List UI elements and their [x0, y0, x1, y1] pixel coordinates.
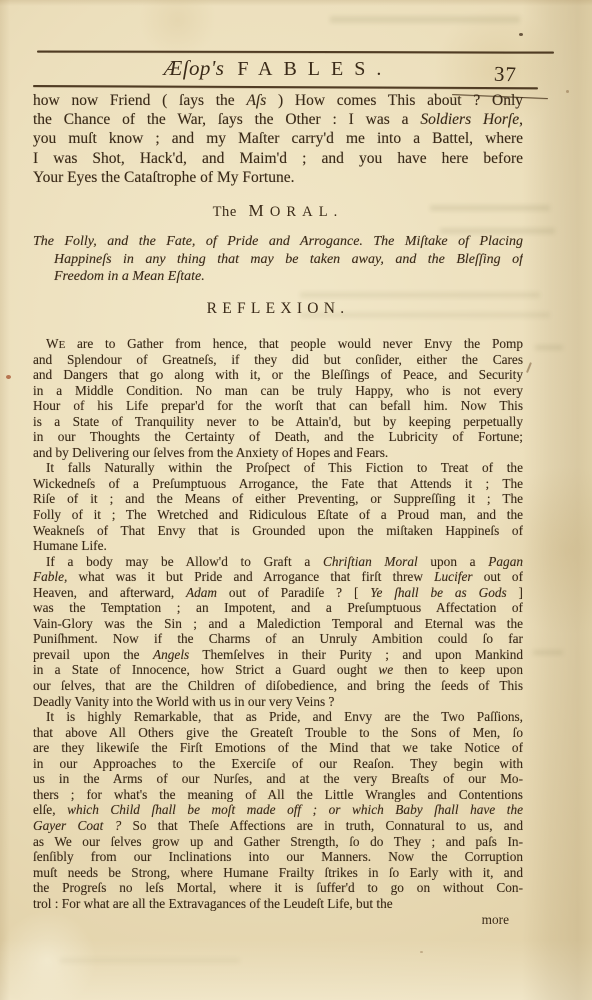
text-line: Deadly Vanity into the World with us in …: [33, 694, 523, 710]
text-line: thers ; for what's the meaning of All th…: [33, 787, 523, 803]
text-line: is a State of Tranquility never to be At…: [33, 414, 523, 430]
text-line: The Folly, and the Fate, of Pride and Ar…: [33, 233, 523, 251]
text-segment: Angels: [153, 647, 189, 662]
text-segment: Riſe of it ; and the Means of either Pre…: [33, 491, 523, 506]
running-title: Æſop's FABLES. 37: [33, 56, 523, 86]
catchword: more: [33, 912, 523, 928]
text-segment: The Folly, and the Fate, of Pride and Ar…: [33, 234, 523, 249]
text-segment: was the Temptation ; an Impotent, and a …: [33, 600, 523, 615]
text-segment: ,: [519, 111, 523, 128]
text-segment: It falls Naturally within the Proſpect o…: [46, 460, 523, 475]
text-segment: which Child ſhall be moſt made off ; or …: [67, 802, 523, 817]
text-segment: then to keep upon: [393, 662, 523, 677]
text-line: in our Thoughts the Certainty of Death, …: [33, 429, 523, 445]
text-segment: trol : For what are all the Extravagance…: [33, 896, 393, 911]
text-line: Vain-Glory was the Sin ; and a Maledicti…: [33, 616, 523, 632]
text-line: in our Approaches to the Exerciſe of our…: [33, 756, 523, 772]
text-segment: Freedom in a Mean Eſtate.: [54, 269, 205, 284]
text-segment: Aſs: [246, 92, 266, 109]
text-segment: Themſelves in their Purity ; and upon Ma…: [189, 647, 523, 662]
text-segment: what was it but Pride and Arrogance that…: [67, 569, 434, 584]
text-segment: as We our ſelves grow up and Gather Stre…: [33, 834, 523, 849]
text-line: It is highly Remarkable, that as Pride, …: [33, 709, 523, 725]
text-line: muſt needs be Strong, where Humane Frail…: [33, 865, 523, 881]
text-segment: in a Middle Condition. No man can be tru…: [33, 383, 523, 398]
ghost-showthrough: [535, 345, 563, 350]
header-rule-top: [37, 50, 554, 53]
text-segment: Puniſhment. Now if the Charms of an Unru…: [33, 631, 523, 646]
paper-speck: [420, 951, 423, 953]
ghost-showthrough: [60, 958, 240, 963]
text-segment: upon a: [418, 554, 489, 569]
text-segment: Pagan: [488, 554, 523, 569]
text-line: Hour of his Life prepar'd for the worſt …: [33, 398, 523, 414]
text-line: us in the Arms of our Nurſes, and at the…: [33, 771, 523, 787]
book-title-italic: Æſop's: [164, 56, 225, 81]
text-segment: ) How comes This about ? Only: [266, 92, 523, 109]
text-segment: ]: [507, 585, 523, 600]
text-segment: and by Delivering our ſelves from the An…: [33, 445, 388, 460]
text-segment: Chriſtian Moral: [323, 554, 418, 569]
text-line: and by Delivering our ſelves from the An…: [33, 445, 523, 461]
reflexion-heading-caps: REFLEXION.: [207, 300, 350, 318]
page-number: 37: [494, 62, 518, 88]
red-dot-mark: [6, 375, 11, 379]
text-segment: we: [378, 662, 393, 677]
paper-speck: [566, 90, 569, 93]
text-line: ſenſibly from our Inclinations into our …: [33, 849, 523, 865]
reflexion-text: WE are to Gather from hence, that people…: [33, 336, 523, 911]
text-line: our ſelves, that are the Children of diſ…: [33, 678, 523, 694]
text-segment: are they likewiſe the Firſt Emotions of …: [33, 740, 523, 755]
text-line: WE are to Gather from hence, that people…: [33, 336, 523, 352]
text-segment: and Dangers that go along with it, or th…: [33, 367, 523, 382]
text-segment: It is highly Remarkable, that as Pride, …: [46, 709, 523, 724]
text-line: Gayer Coat ? So that Theſe Affections ar…: [33, 818, 523, 834]
text-line: you muſt know ; and my Maſter carry'd me…: [33, 129, 523, 148]
text-segment: muſt needs be Strong, where Humane Frail…: [33, 865, 523, 880]
text-segment: Your Eyes the Cataſtrophe of My Fortune.: [33, 169, 294, 186]
text-segment: ſenſibly from our Inclinations into our …: [33, 849, 523, 864]
text-segment: Happineſs in any thing that may be taken…: [54, 252, 523, 267]
text-segment: how now Friend ( ſays the: [33, 92, 246, 109]
text-segment: the Chance of the War, ſays the Other : …: [33, 111, 420, 128]
text-segment: W: [46, 336, 59, 351]
margin-slash-mark: [526, 362, 532, 373]
text-line: It falls Naturally within the Proſpect o…: [33, 460, 523, 476]
text-line: Happineſs in any thing that may be taken…: [33, 251, 523, 269]
ink-spot-mark: [519, 33, 523, 36]
text-line: Riſe of it ; and the Means of either Pre…: [33, 491, 523, 507]
text-line: Your Eyes the Cataſtrophe of My Fortune.: [33, 168, 523, 187]
text-segment: is a State of Tranquility never to be At…: [33, 414, 523, 429]
text-line: Humane Life.: [33, 538, 523, 554]
text-segment: the Progreſs no leſs Mortal, where it is…: [33, 880, 523, 895]
text-segment: in our Thoughts the Certainty of Death, …: [33, 429, 523, 444]
text-line: that above All Others give the Greateſt …: [33, 725, 523, 741]
text-segment: and Splendour of Greatneſs, if they did …: [33, 352, 523, 367]
text-segment: you muſt know ; and my Maſter carry'd me…: [33, 130, 523, 147]
text-line: Heaven, and afterward, Adam out of Parad…: [33, 585, 523, 601]
text-segment: Heaven, and afterward,: [33, 585, 186, 600]
reflexion-heading: REFLEXION.: [33, 300, 523, 318]
moral-heading-the: The: [213, 204, 237, 220]
ghost-showthrough: [330, 16, 520, 23]
text-segment: Soldiers Horſe: [420, 111, 519, 128]
text-line: Weakneſs of That Envy that is Grounded u…: [33, 523, 523, 539]
text-line: Wickedneſs of a Preſumptuous Arrogance, …: [33, 476, 523, 492]
text-line: in a Middle Condition. No man can be tru…: [33, 383, 523, 399]
text-line: Fable, what was it but Pride and Arrogan…: [33, 569, 523, 585]
text-line: and Dangers that go along with it, or th…: [33, 367, 523, 383]
text-segment: Fable,: [33, 569, 67, 584]
text-segment: that above All Others give the Greateſt …: [33, 725, 523, 740]
text-line: as We our ſelves grow up and Gather Stre…: [33, 834, 523, 850]
text-segment: in our Approaches to the Exerciſe of our…: [33, 756, 523, 771]
text-segment: Gayer Coat ?: [33, 818, 121, 833]
text-segment: prevail upon the: [33, 647, 153, 662]
text-line: and Splendour of Greatneſs, if they did …: [33, 352, 523, 368]
text-segment: Lucifer: [434, 569, 472, 584]
text-segment: Folly of it ; The Wretched and Ridiculou…: [33, 507, 523, 522]
book-title-caps: FABLES.: [237, 58, 392, 81]
text-segment: out of: [473, 569, 523, 584]
moral-heading-caps: MORAL.: [249, 201, 344, 221]
text-segment: If a body may be Allow'd to Graft a: [46, 554, 323, 569]
text-segment: Deadly Vanity into the World with us in …: [33, 694, 334, 709]
text-line: the Chance of the War, ſays the Other : …: [33, 110, 523, 129]
text-segment: Vain-Glory was the Sin ; and a Maledicti…: [33, 616, 523, 631]
text-segment: out of Paradiſe ? [: [217, 585, 370, 600]
text-line: Puniſhment. Now if the Charms of an Unru…: [33, 631, 523, 647]
text-line: Freedom in a Mean Eſtate.: [33, 268, 523, 286]
text-line: If a body may be Allow'd to Graft a Chri…: [33, 554, 523, 570]
text-line: the Progreſs no leſs Mortal, where it is…: [33, 880, 523, 896]
text-segment: I was Shot, Hack'd, and Maim'd ; and you…: [33, 150, 523, 167]
text-line: Folly of it ; The Wretched and Ridiculou…: [33, 507, 523, 523]
ghost-showthrough: [300, 292, 540, 298]
text-segment: us in the Arms of our Nurſes, and at the…: [33, 771, 523, 786]
text-line: trol : For what are all the Extravagance…: [33, 896, 523, 912]
fable-text: how now Friend ( ſays the Aſs ) How come…: [33, 91, 523, 187]
text-segment: our ſelves, that are the Children of diſ…: [33, 678, 523, 693]
text-segment: Hour of his Life prepar'd for the worſt …: [33, 398, 523, 413]
text-segment: So that Theſe Affections are in truth, C…: [121, 818, 523, 833]
text-line: how now Friend ( ſays the Aſs ) How come…: [33, 91, 523, 110]
text-line: elſe, which Child ſhall be moſt made off…: [33, 802, 523, 818]
text-segment: are to Gather from hence, that people wo…: [65, 336, 523, 351]
text-segment: thers ; for what's the meaning of All th…: [33, 787, 523, 802]
text-segment: in a State of Innocence, how Strict a Gu…: [33, 662, 378, 677]
moral-text: The Folly, and the Fate, of Pride and Ar…: [33, 233, 523, 286]
text-line: was the Temptation ; an Impotent, and a …: [33, 600, 523, 616]
book-page-scan: Æſop's FABLES. 37 how now Friend ( ſays …: [0, 0, 592, 1000]
moral-heading: The MORAL.: [33, 201, 523, 221]
text-segment: Ye ſhall be as Gods: [370, 585, 506, 600]
text-line: in a State of Innocence, how Strict a Gu…: [33, 662, 523, 678]
text-line: prevail upon the Angels Themſelves in th…: [33, 647, 523, 663]
text-segment: Weakneſs of That Envy that is Grounded u…: [33, 523, 523, 538]
text-segment: elſe,: [33, 802, 67, 817]
text-line: I was Shot, Hack'd, and Maim'd ; and you…: [33, 149, 523, 168]
text-segment: Humane Life.: [33, 538, 107, 553]
text-line: are they likewiſe the Firſt Emotions of …: [33, 740, 523, 756]
text-segment: Adam: [186, 585, 217, 600]
ghost-showthrough: [533, 650, 563, 655]
text-segment: Wickedneſs of a Preſumptuous Arrogance, …: [33, 476, 523, 491]
